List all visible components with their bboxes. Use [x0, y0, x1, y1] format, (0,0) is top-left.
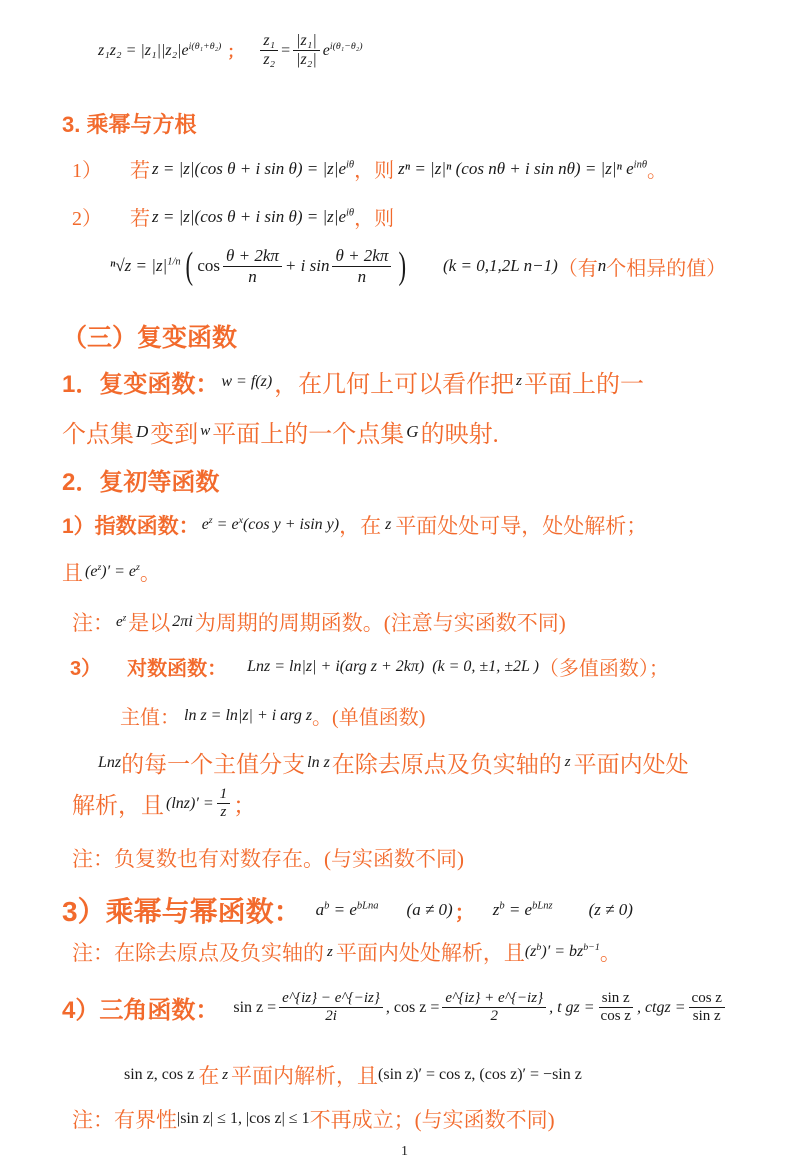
- then-label: 则: [374, 202, 394, 231]
- document-page: z₁z₂ = |z₁||z₂|ei(θ₁+θ₂) ； z₁z₂ = |z₁||z…: [0, 0, 801, 1176]
- polar-formula: z = |z|(cos θ + i sin θ) = |z|eiθ: [152, 159, 354, 179]
- definition-label: 1．复变函数：: [62, 364, 219, 399]
- note-text: 是以: [128, 607, 170, 637]
- one-over-z-fraction: 1z: [217, 786, 231, 822]
- note-text: 负复数也有对数存在。(与实函数不同): [114, 843, 464, 873]
- exp-symbol: ez: [116, 614, 126, 631]
- cos-lhs: , cos z =: [386, 999, 439, 1017]
- item-number: 2）: [72, 202, 102, 231]
- z-variable: z: [565, 754, 571, 771]
- sin-fraction: e^{iz} − e^{−iz}2i: [279, 990, 383, 1026]
- exp-note-line: 注： ez 是以 2πi 为周期的周期函数。(注意与实函数不同): [72, 607, 566, 637]
- complex-function-definition-cont: 个点集 D 变到 w 平面上的一个点集 G 的映射.: [62, 414, 499, 449]
- sin-cos-formula: sin z, cos z: [124, 1066, 194, 1084]
- power-item-1: 1） 若 z = |z|(cos θ + i sin θ) = |z|eiθ ，…: [72, 154, 667, 183]
- ctg-fraction: cos zsin z: [689, 990, 725, 1026]
- power-function-line: 3）乘幂与幂函数： ab = ebLna (a ≠ 0) ； zb = ebLn…: [62, 890, 633, 930]
- polar-formula: z = |z|(cos θ + i sin θ) = |z|eiθ: [152, 207, 354, 227]
- power-function-label: 3）乘幂与幂函数：: [62, 890, 302, 930]
- product-formula: z₁z₂ = |z₁||z₂|ei(θ₁+θ₂): [98, 42, 221, 60]
- quotient-fraction: z₁z₂: [260, 32, 278, 70]
- definition-text: ，在几何上可以看作把: [274, 364, 514, 399]
- cos-fraction: e^{iz} + e^{−iz}2: [442, 990, 546, 1026]
- log-formula: Lnz = ln|z| + i(arg z + 2kπ): [247, 658, 424, 676]
- open-paren: (: [185, 244, 193, 288]
- de-moivre-formula: zⁿ = |z|ⁿ (cos nθ + i sin nθ) = |z|ⁿ ein…: [398, 159, 647, 179]
- d-variable: D: [136, 422, 148, 442]
- power-item-2: 2） 若 z = |z|(cos θ + i sin θ) = |z|eiθ ，…: [72, 202, 394, 231]
- principal-label: 主值：: [120, 701, 180, 730]
- angle-fraction: θ + 2kπn: [223, 246, 282, 286]
- note-text: 平面内处处解析，且: [336, 937, 525, 967]
- condition-1: (a ≠ 0): [407, 900, 453, 920]
- root-lhs: ⁿ√z = |z|1/n: [110, 256, 181, 276]
- note-text: 有界性: [114, 1104, 177, 1134]
- period: 。: [647, 154, 667, 183]
- exp-text: ，在: [339, 510, 381, 540]
- derivative-lhs: (lnz)′ =: [166, 795, 214, 813]
- k-range: (k = 0, ±1, ±2L ): [432, 658, 539, 676]
- note-text: 为周期的周期函数。(注意与实函数不同): [195, 607, 566, 637]
- quotient-exponential: ei(θ₁−θ₂): [323, 42, 363, 60]
- z-variable: z: [516, 373, 522, 390]
- note-label: 注：: [72, 843, 114, 873]
- z-variable: z: [222, 1067, 228, 1084]
- equals-sign: =: [281, 42, 290, 60]
- analytic-text: 在除去原点及负实轴的: [332, 746, 562, 779]
- analytic-text: 解析，且: [72, 787, 164, 820]
- analytic-text: 的每一个主值分支: [121, 746, 305, 779]
- note-close: 个相异的值）: [606, 252, 726, 281]
- power-formula-1: ab = ebLna: [316, 900, 379, 920]
- trig-derivative-formula: (sin z)′ = cos z, (cos z)′ = −sin z: [378, 1066, 582, 1084]
- semicolon: ；: [233, 787, 256, 820]
- note-text: 不再成立；(与实函数不同): [310, 1104, 555, 1134]
- n-variable: n: [598, 256, 607, 276]
- item-number: 3）: [70, 652, 101, 681]
- log-analytic-line: Lnz 的每一个主值分支 ln z 在除去原点及负实轴的 z 平面内处处: [98, 746, 689, 779]
- item-number: 1）: [72, 154, 102, 183]
- close-paren: ): [399, 244, 407, 288]
- isin-label: + i sin: [285, 256, 330, 276]
- complex-function-definition: 1．复变函数： w = f(z) ，在几何上可以看作把 z 平面上的一: [62, 364, 644, 399]
- condition-2: (z ≠ 0): [589, 900, 633, 920]
- bounded-formula: |sin z| ≤ 1, |cos z| ≤ 1: [177, 1110, 310, 1128]
- single-valued-note: 。(单值函数): [312, 701, 425, 730]
- then-label: 则: [374, 154, 394, 183]
- power-note-line: 注： 在除去原点及负实轴的 z 平面内处处解析，且 (zb)′ = bzb−1 …: [72, 937, 621, 967]
- analytic-text: 平面内处处: [574, 746, 689, 779]
- and-label: 且: [62, 557, 83, 587]
- exp-function-line: 1）指数函数： ez = ex(cos y + isin y) ，在 z 平面处…: [62, 510, 647, 540]
- period: 。: [600, 937, 621, 967]
- definition-text: 平面上的一: [524, 364, 644, 399]
- lnz-symbol: Lnz: [98, 754, 121, 772]
- multi-valued-note: （多值函数）；: [539, 652, 669, 681]
- note-label: 注：: [72, 607, 114, 637]
- ctg-lhs: , ctgz =: [637, 999, 686, 1017]
- page-number: 1: [401, 1144, 408, 1160]
- exp-derivative-formula: (ez)′ = ez: [85, 563, 140, 581]
- definition-text: 变到: [150, 414, 198, 449]
- comma: ，: [354, 202, 374, 231]
- definition-text: 平面上的一个点集: [212, 414, 404, 449]
- analytic-text: 平面内解析，且: [231, 1060, 378, 1090]
- comma: ，: [354, 154, 374, 183]
- z-variable: z: [385, 516, 391, 534]
- principal-formula: ln z = ln|z| + i arg z: [184, 707, 312, 725]
- analytic-text: 在: [198, 1060, 219, 1090]
- exp-derivative-line: 且 (ez)′ = ez 。: [62, 557, 161, 587]
- trig-analytic-line: sin z, cos z 在 z 平面内解析，且 (sin z)′ = cos …: [124, 1060, 582, 1090]
- trig-note-line: 注： 有界性 |sin z| ≤ 1, |cos z| ≤ 1 不再成立；(与实…: [72, 1104, 555, 1134]
- log-function-label: 对数函数：: [127, 652, 227, 681]
- note-label: 注：: [72, 937, 114, 967]
- function-formula: w = f(z): [221, 373, 272, 391]
- heading-complex-function: （三）复变函数: [62, 318, 237, 354]
- heading-power-root: 3. 乘幂与方根: [62, 108, 196, 139]
- heading-elementary-functions: 2．复初等函数: [62, 462, 219, 497]
- power-formula-2: zb = ebLnz: [493, 900, 553, 920]
- period-value: 2πi: [172, 613, 192, 631]
- trig-function-label: 4）三角函数：: [62, 990, 219, 1025]
- definition-text: 个点集: [62, 414, 134, 449]
- note-open: （有: [558, 252, 598, 281]
- semicolon: ；: [455, 896, 475, 925]
- product-quotient-formula: z₁z₂ = |z₁||z₂|ei(θ₁+θ₂) ； z₁z₂ = |z₁||z…: [98, 32, 363, 70]
- angle-fraction: θ + 2kπn: [332, 246, 391, 286]
- exp-text: 平面处处可导，处处解析；: [395, 510, 647, 540]
- ln-z-symbol: ln z: [307, 754, 330, 772]
- exp-formula: ez = ex(cos y + isin y): [202, 516, 339, 534]
- tg-fraction: sin zcos z: [598, 990, 634, 1026]
- nth-root-formula: ⁿ√z = |z|1/n ( cos θ + 2kπn + i sin θ + …: [110, 244, 726, 288]
- tg-lhs: , t gz =: [549, 999, 594, 1017]
- z-variable: z: [327, 944, 333, 961]
- log-note-line: 注： 负复数也有对数存在。(与实函数不同): [72, 843, 464, 873]
- note-label: 注：: [72, 1104, 114, 1134]
- log-derivative-line: 解析，且 (lnz)′ = 1z ；: [72, 786, 256, 822]
- if-label: 若: [130, 202, 150, 231]
- sin-lhs: sin z =: [233, 999, 276, 1017]
- abs-fraction: |z₁||z₂|: [293, 32, 320, 70]
- definition-text: 的映射.: [421, 414, 499, 449]
- k-range: (k = 0,1,2L n−1): [443, 256, 558, 276]
- note-text: 在除去原点及负实轴的: [114, 937, 324, 967]
- exp-function-label: 1）指数函数：: [62, 510, 200, 540]
- period: 。: [140, 557, 161, 587]
- separator: ；: [227, 39, 243, 62]
- if-label: 若: [130, 154, 150, 183]
- g-variable: G: [406, 422, 418, 442]
- trig-function-line: 4）三角函数： sin z = e^{iz} − e^{−iz}2i , cos…: [62, 990, 728, 1026]
- log-principal-line: 主值： ln z = ln|z| + i arg z 。(单值函数): [120, 701, 425, 730]
- log-function-line: 3） 对数函数： Lnz = ln|z| + i(arg z + 2kπ) (k…: [70, 652, 669, 681]
- power-derivative-formula: (zb)′ = bzb−1: [525, 943, 600, 961]
- w-variable: w: [200, 423, 210, 440]
- cos-label: cos: [197, 256, 220, 276]
